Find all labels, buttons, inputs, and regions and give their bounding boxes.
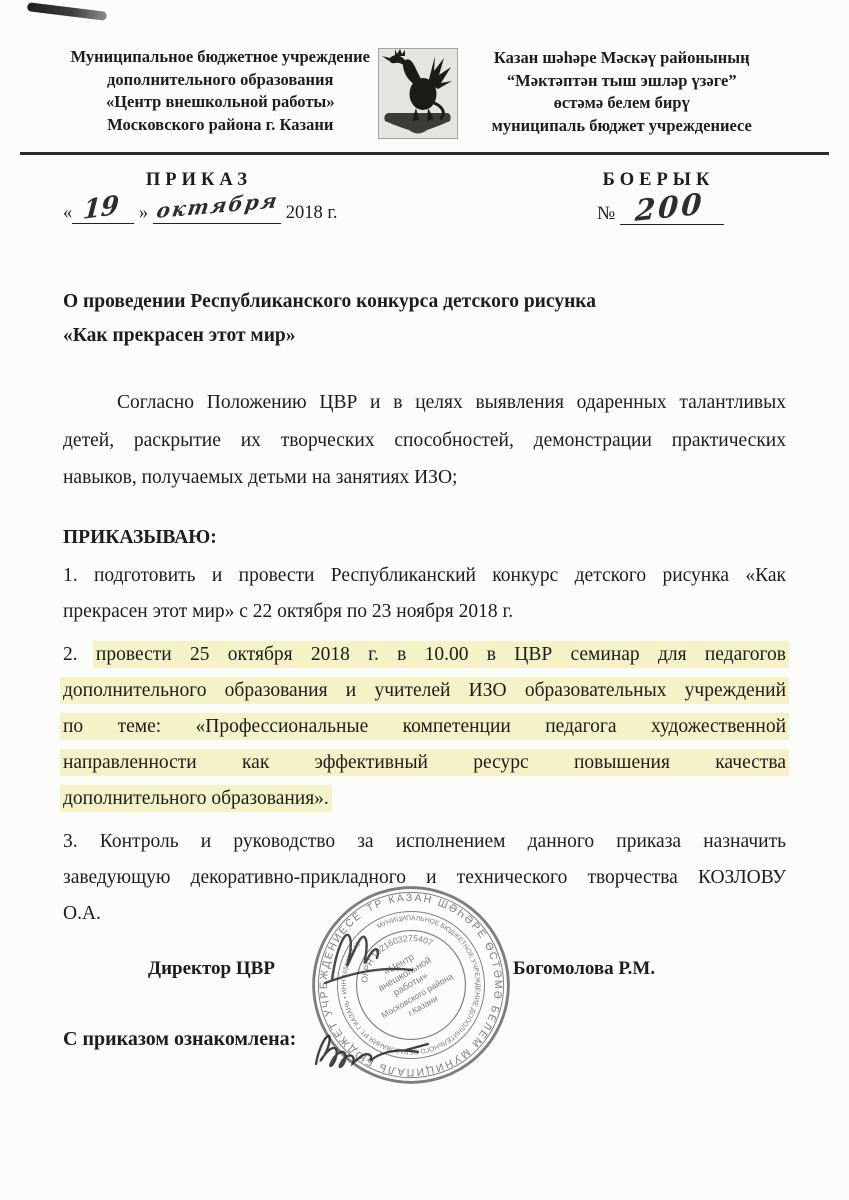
- number-sign: №: [597, 203, 615, 224]
- highlighted-text: направленности как эффективный ресурс по…: [63, 752, 786, 773]
- item-number: 2.: [63, 644, 78, 665]
- date-month-handwritten: октября: [155, 188, 281, 223]
- order-item-1: 1. подготовить и провести Республикански…: [63, 558, 786, 630]
- order-date-line: «19 »октября 2018 г.: [63, 202, 403, 224]
- item-line: 3. Контроль и руководство за исполнением…: [63, 824, 786, 860]
- highlighted-text: дополнительного образования».: [63, 788, 329, 809]
- director-name: Богомолова Р.М.: [513, 958, 655, 980]
- subject-line: «Как прекрасен этот мир»: [63, 319, 786, 353]
- date-day-blank: 19: [72, 202, 134, 224]
- open-quote: «: [63, 203, 72, 223]
- item-line: дополнительного образования».: [63, 781, 786, 817]
- close-quote: »: [139, 203, 148, 223]
- preamble-line: детей, раскрытие их творческих способнос…: [63, 422, 786, 460]
- item-line: дополнительного образования и учителей И…: [63, 673, 786, 709]
- date-month-blank: октября: [153, 202, 281, 224]
- org-line: Казан шәһәре Мәскәү районының: [458, 47, 786, 70]
- item-line: направленности как эффективный ресурс по…: [63, 745, 786, 781]
- director-signature: [318, 908, 418, 998]
- order-title-tt: БОЕРЫК: [571, 170, 746, 191]
- org-line: “Мәктәптән тыш эшләр үзәге”: [458, 70, 786, 93]
- highlighted-text: провести 25 октября 2018 г. в 10.00 в ЦВ…: [96, 644, 786, 665]
- item-line: по теме: «Профессиональные компетенции п…: [63, 709, 786, 745]
- director-position-label: Директор ЦВР: [148, 958, 275, 980]
- highlighted-text: по теме: «Профессиональные компетенции п…: [63, 716, 786, 737]
- order-title-row: ПРИКАЗ «19 »октября 2018 г. БОЕРЫК № 200: [0, 155, 849, 225]
- item-line: 1. подготовить и провести Республикански…: [63, 558, 786, 594]
- date-day-handwritten: 19: [82, 190, 120, 226]
- zilant-emblem-icon: [378, 48, 458, 139]
- preamble-line: навыков, получаемых детьми на занятиях И…: [63, 459, 786, 497]
- org-name-russian: Муниципальное бюджетное учреждение допол…: [63, 46, 378, 136]
- order-items: 1. подготовить и провести Республикански…: [63, 558, 786, 932]
- order-number-handwritten: 200: [634, 186, 706, 228]
- org-line: «Центр внешкольной работы»: [63, 91, 378, 114]
- date-year: 2018 г.: [286, 203, 338, 223]
- highlighted-text: дополнительного образования и учителей И…: [63, 680, 786, 701]
- number-blank: 200: [620, 203, 724, 225]
- preamble-line: Согласно Положению ЦВР и в целях выявлен…: [63, 384, 786, 422]
- org-name-tatar: Казан шәһәре Мәскәү районының “Мәктәптән…: [458, 46, 786, 137]
- org-line: дополнительного образования: [63, 69, 378, 92]
- kozlova-signature: [306, 1012, 446, 1080]
- item-line: 2. провести 25 октября 2018 г. в 10.00 в…: [63, 637, 786, 673]
- zilant-dragon-drawing: [379, 49, 457, 138]
- letterhead: Муниципальное бюджетное учреждение допол…: [63, 0, 786, 139]
- scanned-order-document: Муниципальное бюджетное учреждение допол…: [0, 0, 849, 1200]
- org-line: өстәмә белем бирү: [458, 92, 786, 115]
- org-line: Муниципальное бюджетное учреждение: [63, 46, 378, 69]
- subject-line: О проведении Республиканского конкурса д…: [63, 285, 786, 319]
- preamble: Согласно Положению ЦВР и в целях выявлен…: [63, 384, 786, 497]
- item-line: прекрасен этот мир» с 22 октября по 23 н…: [63, 594, 786, 630]
- org-line: муниципаль бюджет учреждениесе: [458, 115, 786, 138]
- order-number-line: № 200: [571, 203, 746, 225]
- decree-heading: ПРИКАЗЫВАЮ:: [63, 527, 786, 549]
- org-line: Московского района г. Казани: [63, 114, 378, 137]
- order-item-2-highlighted: 2. провести 25 октября 2018 г. в 10.00 в…: [63, 637, 786, 817]
- order-title-ru: ПРИКАЗ: [63, 170, 335, 191]
- order-subject: О проведении Республиканского конкурса д…: [63, 285, 786, 353]
